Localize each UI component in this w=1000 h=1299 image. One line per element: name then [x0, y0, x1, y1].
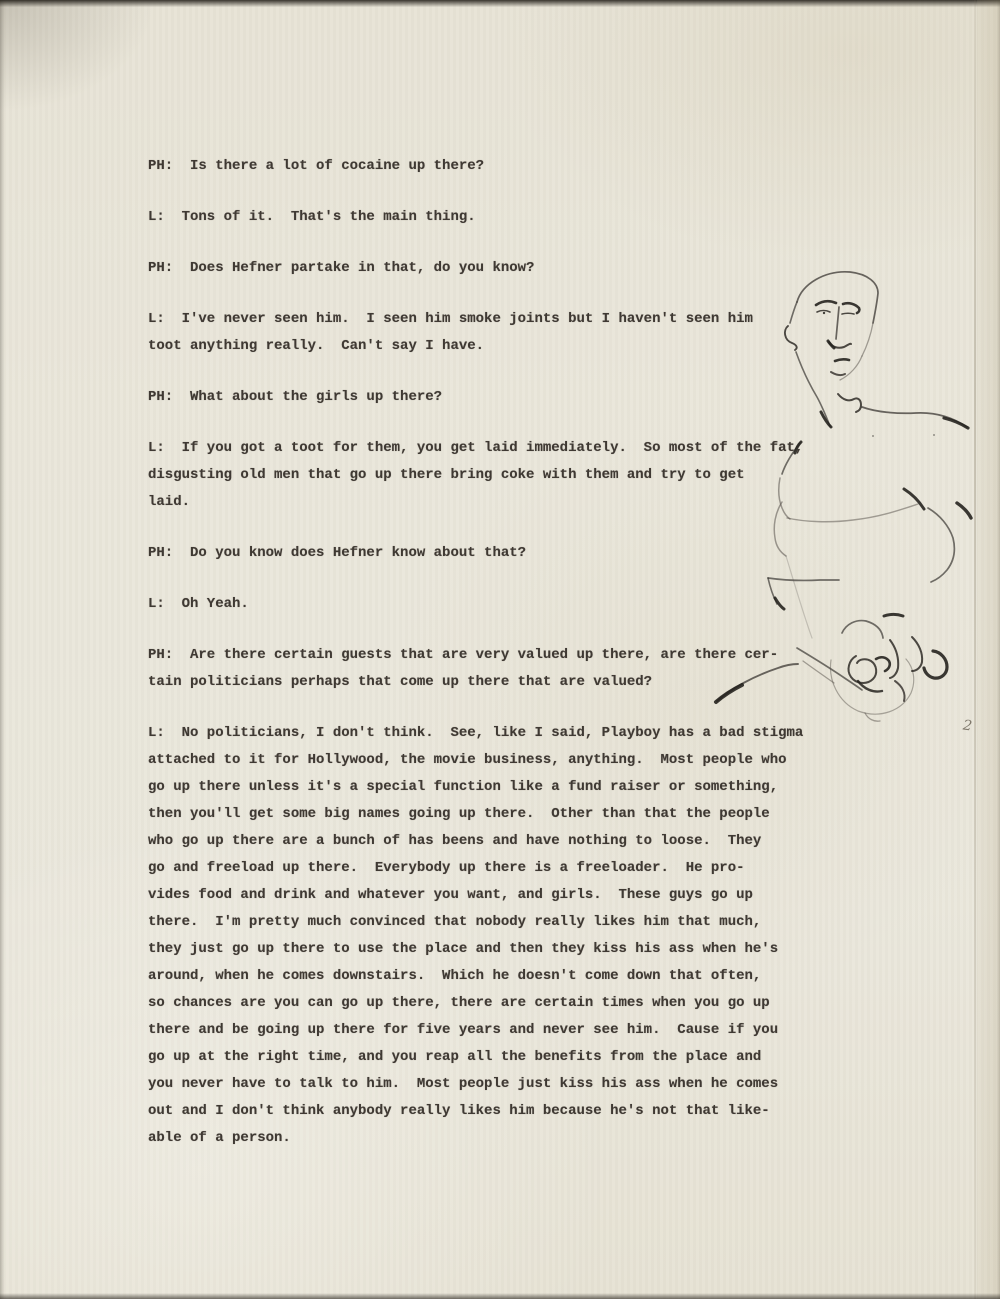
transcript-line: L: Oh Yeah. [148, 591, 848, 618]
transcript-paragraph-ph: PH: Does Hefner partake in that, do you … [148, 255, 848, 282]
paper-edge-top [0, 0, 1000, 9]
transcript-body: PH: Is there a lot of cocaine up there?L… [148, 153, 848, 1176]
transcript-line: attached to it for Hollywood, the movie … [148, 747, 848, 774]
transcript-line: L: I've never seen him. I seen him smoke… [148, 306, 848, 333]
paper-edge-bottom [0, 1292, 1000, 1299]
transcript-paragraph-l: L: No politicians, I don't think. See, l… [148, 720, 848, 1152]
transcript-line: PH: Are there certain guests that are ve… [148, 642, 848, 669]
document-page: PH: Is there a lot of cocaine up there?L… [0, 0, 1000, 1299]
transcript-line: there and be going up there for five yea… [148, 1017, 848, 1044]
paper-crease [974, 0, 976, 1299]
transcript-paragraph-l: L: I've never seen him. I seen him smoke… [148, 306, 848, 360]
transcript-line: L: No politicians, I don't think. See, l… [148, 720, 848, 747]
paper-edge-left [0, 0, 5, 1299]
transcript-line: then you'll get some big names going up … [148, 801, 848, 828]
transcript-line: L: Tons of it. That's the main thing. [148, 204, 848, 231]
transcript-paragraph-l: L: Tons of it. That's the main thing. [148, 204, 848, 231]
transcript-line: able of a person. [148, 1125, 848, 1152]
transcript-line: who go up there are a bunch of has beens… [148, 828, 848, 855]
transcript-paragraph-ph: PH: What about the girls up there? [148, 384, 848, 411]
transcript-paragraph-ph: PH: Do you know does Hefner know about t… [148, 540, 848, 567]
transcript-line: tain politicians perhaps that come up th… [148, 669, 848, 696]
transcript-paragraph-l: L: If you got a toot for them, you get l… [148, 435, 848, 516]
transcript-line: you never have to talk to him. Most peop… [148, 1071, 848, 1098]
transcript-line: PH: Does Hefner partake in that, do you … [148, 255, 848, 282]
transcript-line: around, when he comes downstairs. Which … [148, 963, 848, 990]
paper-right-band [977, 0, 1000, 1299]
transcript-line: go up at the right time, and you reap al… [148, 1044, 848, 1071]
transcript-line: toot anything really. Can't say I have. [148, 333, 848, 360]
transcript-line: they just go up there to use the place a… [148, 936, 848, 963]
transcript-line: there. I'm pretty much convinced that no… [148, 909, 848, 936]
transcript-line: go and freeload up there. Everybody up t… [148, 855, 848, 882]
transcript-line: so chances are you can go up there, ther… [148, 990, 848, 1017]
transcript-line: laid. [148, 489, 848, 516]
transcript-line: disgusting old men that go up there brin… [148, 462, 848, 489]
page-number: 2 [962, 717, 973, 734]
transcript-line: out and I don't think anybody really lik… [148, 1098, 848, 1125]
transcript-paragraph-l: L: Oh Yeah. [148, 591, 848, 618]
transcript-paragraph-ph: PH: Are there certain guests that are ve… [148, 642, 848, 696]
transcript-line: go up there unless it's a special functi… [148, 774, 848, 801]
transcript-line: PH: Do you know does Hefner know about t… [148, 540, 848, 567]
transcript-line: PH: Is there a lot of cocaine up there? [148, 153, 848, 180]
transcript-line: PH: What about the girls up there? [148, 384, 848, 411]
transcript-paragraph-ph: PH: Is there a lot of cocaine up there? [148, 153, 848, 180]
transcript-line: L: If you got a toot for them, you get l… [148, 435, 848, 462]
transcript-line: vides food and drink and whatever you wa… [148, 882, 848, 909]
